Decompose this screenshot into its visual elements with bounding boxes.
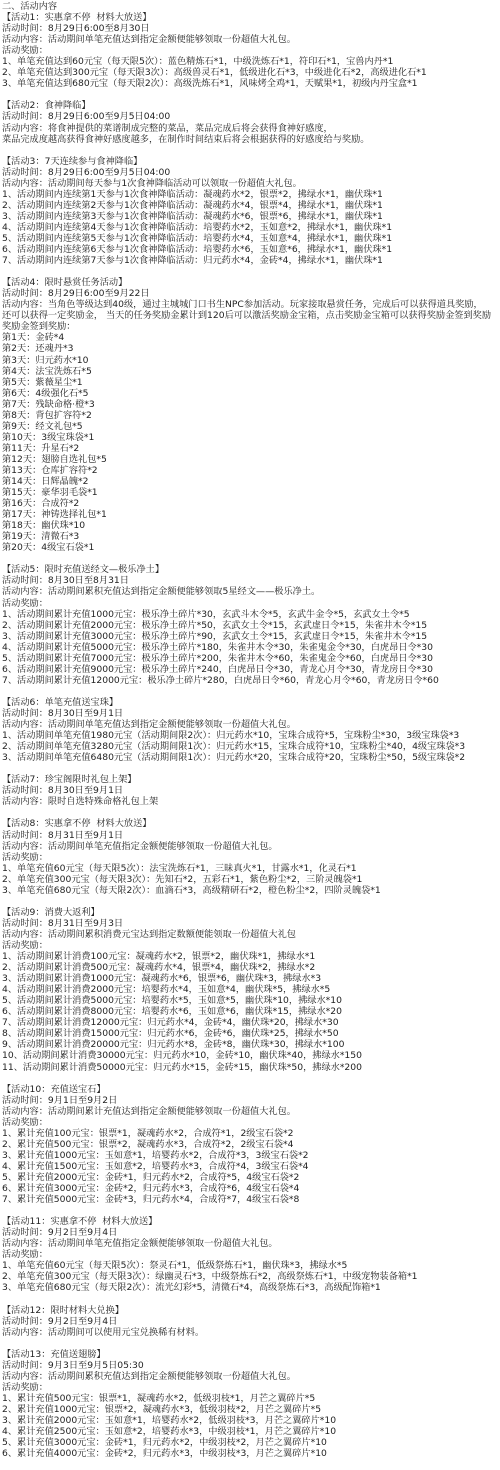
activity-line: 3、单笔充值680元宝（每天限2次）：流光幻彩*5，清微石*4，高级祭炼石*3，… (2, 1282, 500, 1293)
activity-section: 【活动5：限时充值送经文—极乐净土】活动时间：8月30日至8月31日活动内容：活… (2, 564, 500, 697)
activity-line: 1、单笔充值60元宝（每天限5次）：法宝洗炼石*1，三昧真火*1，甘露水*1，化… (2, 863, 500, 874)
activity-line: 第13天：仓库扩容符*2 (2, 465, 500, 476)
activity-line: 第19天：清微石*3 (2, 531, 500, 542)
activity-line: 第16天：合成符*2 (2, 498, 500, 509)
document-heading: 二、活动内容 (2, 1, 500, 12)
event-document: 二、活动内容 【活动1：实惠拿不停 材料大放送】活动时间：8月29日6:00至8… (0, 0, 500, 1459)
activity-line: 活动奖励： (2, 852, 500, 863)
activity-line: 1、单笔充值达到60元宝（每天限5次）：蓝色精炼石*1，中级洗炼石*1，符印石*… (2, 56, 500, 67)
activity-line: 活动时间：9月2日至9月4日 (2, 1227, 500, 1238)
activity-line: 活动内容：活动期间累积消费元宝达到指定数额便能领取一份超值大礼包 (2, 929, 500, 940)
activity-line: 第12天：翅膀自选礼包*5 (2, 454, 500, 465)
activity-title: 【活动13：充值送翅膀】 (2, 1349, 500, 1360)
activity-section: 【活动8：实惠拿不停 材料大放送】活动时间：8月31日至9月1日活动内容：活动期… (2, 818, 500, 906)
activity-section: 【活动11：实惠拿不停 材料大放送】活动时间：9月2日至9月4日活动内容：活动期… (2, 1216, 500, 1304)
activity-line: 4、活动期间内连续第4天参与1次食神降临活动：培婴药水*2，玉如意*2，拂绿水*… (2, 222, 500, 233)
activity-line: 1、活动期间单笔充值1980元宝（活动期间限2次）：归元药水*10，宝珠合成符*… (2, 730, 500, 741)
activity-line: 7、活动期间累计消费12000元宝：归元药水*4，金砖*4，幽伏珠*20，拂绿水… (2, 1017, 500, 1028)
section-spacer (2, 553, 500, 564)
activity-line: 11、活动期间累计消费50000元宝：归元药水*15，金砖*15，幽伏珠*50，… (2, 1062, 500, 1073)
activity-title: 【活动9：消费大返利】 (2, 907, 500, 918)
activity-title: 【活动10：充值送宝石】 (2, 1084, 500, 1095)
section-spacer (2, 145, 500, 156)
activity-line: 8、活动期间累计消费15000元宝：归元药水*6，金砖*6，幽伏珠*25，拂绿水… (2, 1028, 500, 1039)
activity-line: 活动内容：活动期间每天参与1次食神降临活动可以领取一份超值大礼包。 (2, 178, 500, 189)
activity-title: 【活动11：实惠拿不停 材料大放送】 (2, 1216, 500, 1227)
activity-line: 活动内容：活动期间单笔充值指定金额便能够领取一份超值大礼包。 (2, 1238, 500, 1249)
activity-line: 第4天：法宝洗炼石*5 (2, 366, 500, 377)
activity-line: 活动时间：9月3日至9月5日05:30 (2, 1360, 500, 1371)
activity-title: 【活动12：限时材料大兑换】 (2, 1305, 500, 1316)
activity-line: 2、累计充值500元宝：银票*2，凝魂药水*3，合成符*2，2级宝石袋*4 (2, 1139, 500, 1150)
activity-sections: 【活动1：实惠拿不停 材料大放送】活动时间：8月29日6:00至8月30日活动内… (2, 12, 500, 1459)
section-spacer (2, 1293, 500, 1304)
activity-line: 活动内容：活动期间累计充值达到指定金额便能够领取一份超值大礼包。 (2, 1106, 500, 1117)
activity-line: 第11天：升星石*2 (2, 443, 500, 454)
activity-line: 3、累计充值2000元宝：玉如意*1，培婴药水*2，低级羽枝*3，月芒之翼碎片*… (2, 1415, 500, 1426)
activity-line: 还可以获得一定奖励金， 当天的任务奖励金累计到120后可以激活奖励金宝箱，点击奖… (2, 310, 500, 321)
activity-line: 3、活动期间累计消费1000元宝：凝魂药水*6，银票*6，幽伏珠*3，拂绿水*3 (2, 973, 500, 984)
activity-section: 【活动7：珍宝阁限时礼包上架】活动时间：8月30日至9月1日活动内容：限时自选特… (2, 774, 500, 818)
activity-line: 2、累计充值1000元宝：银票*2，凝魂药水*3，低级羽枝*2，月芒之翼碎片*5 (2, 1404, 500, 1415)
activity-line: 活动内容：限时自选特殊命格礼包上架 (2, 796, 500, 807)
activity-line: 活动时间：8月29日6:00至9月5日04:00 (2, 167, 500, 178)
activity-line: 2、单笔充值300元宝（每天限3次）：绿幽灵石*3，中级祭炼石*2，高级祭炼石*… (2, 1271, 500, 1282)
activity-line: 2、活动期间累计消费500元宝：凝魂药水*4，银票*4，幽伏珠*2，拂绿水*2 (2, 962, 500, 973)
section-spacer (2, 807, 500, 818)
activity-line: 活动时间：8月29日6:00至9月5日04:00 (2, 111, 500, 122)
activity-line: 活动奖励： (2, 1249, 500, 1260)
activity-title: 【活动2：食神降临】 (2, 100, 500, 111)
activity-line: 第3天：归元药水*10 (2, 355, 500, 366)
activity-section: 【活动6：单笔充值送宝珠】活动时间：8月30日至9月1日活动内容：活动期间单笔充… (2, 697, 500, 774)
activity-line: 活动时间：9月2日至9月4日 (2, 1316, 500, 1327)
activity-line: 第14天：日辉晶魄*2 (2, 476, 500, 487)
activity-line: 1、累计充值500元宝：银票*1，凝魂药水*2，低级羽枝*1，月芒之翼碎片*5 (2, 1393, 500, 1404)
section-spacer (2, 89, 500, 100)
activity-line: 1、活动期间累计充值1000元宝：极乐净土碎片*30，玄武斗木令*5，玄武牛金令… (2, 609, 500, 620)
activity-line: 活动时间：8月31日至9月3日 (2, 918, 500, 929)
activity-section: 【活动12：限时材料大兑换】活动时间：9月2日至9月4日活动内容：活动期间可以使… (2, 1305, 500, 1349)
activity-line: 7、活动期间累计充值12000元宝：极乐净土碎片*280，白虎昂日令*60，青龙… (2, 675, 500, 686)
activity-title: 【活动7：珍宝阁限时礼包上架】 (2, 774, 500, 785)
section-spacer (2, 763, 500, 774)
activity-line: 活动内容：将食神提供的菜谱制成完整的菜品，菜品完成后将会获得食神好感度， (2, 123, 500, 134)
activity-line: 第8天：背包扩容符*2 (2, 410, 500, 421)
activity-line: 活动内容：活动期间单笔充值达到指定金额便能够领取一份超值大礼包。 (2, 34, 500, 45)
activity-line: 4、活动期间累计消费2000元宝：培婴药水*4，玉如意*4，幽伏珠*5，拂绿水*… (2, 984, 500, 995)
section-spacer (2, 266, 500, 277)
activity-line: 6、累计充值3000元宝：金砖*2，归元药水*3，合成符*6，4级宝石袋*4 (2, 1183, 500, 1194)
activity-line: 第7天：残缺命格·橙*3 (2, 399, 500, 410)
activity-line: 2、单笔充值300元宝（每天限3次）：先知石*2，五彩石*1，紫色粉尘*2，三阶… (2, 874, 500, 885)
activity-line: 3、单笔充值680元宝（每天限2次）：血滴石*3，高级精研石*2，橙色粉尘*2，… (2, 885, 500, 896)
activity-line: 第1天：金砖*4 (2, 332, 500, 343)
activity-line: 3、累计充值1000元宝：玉如意*1，培婴药水*2，合成符*3，3级宝石袋*2 (2, 1150, 500, 1161)
activity-line: 4、活动期间累计充值5000元宝：极乐净土碎片*180，朱雀井木令*30，朱雀鬼… (2, 642, 500, 653)
activity-line: 第6天：4级强化石*5 (2, 388, 500, 399)
activity-line: 活动时间：8月29日6:00至8月30日 (2, 23, 500, 34)
activity-line: 1、累计充值100元宝：银票*1，凝魂药水*2，合成符*1，2级宝石袋*2 (2, 1128, 500, 1139)
activity-line: 6、累计充值4000元宝：金砖*2，归元药水*3，中级羽枝*3，月芒之翼碎片*1… (2, 1448, 500, 1459)
activity-line: 2、活动期间单笔充值3280元宝（活动期间限1次）：归元药水*15，宝珠合成符*… (2, 741, 500, 752)
activity-line: 活动时间：8月31日至9月1日 (2, 830, 500, 841)
activity-line: 活动奖励： (2, 1117, 500, 1128)
activity-line: 6、活动期间累计消费8000元宝：培婴药水*6，玉如意*6，幽伏珠*15，拂绿水… (2, 1006, 500, 1017)
activity-line: 活动时间：8月30日至9月1日 (2, 708, 500, 719)
activity-title: 【活动3：7天连续参与食神降临】 (2, 156, 500, 167)
activity-line: 活动内容：当角色等级达到40级，通过主城城门口书生NPC参加活动。玩家接取悬赏任… (2, 299, 500, 310)
activity-line: 第17天：神铸选择礼包*1 (2, 509, 500, 520)
section-spacer (2, 1073, 500, 1084)
activity-section: 【活动10：充值送宝石】活动时间：9月1日至9月2日活动内容：活动期间累计充值达… (2, 1084, 500, 1217)
activity-line: 5、活动期间累计充值7000元宝：极乐净土碎片*200，朱雀井木令*60，朱雀鬼… (2, 653, 500, 664)
activity-line: 3、活动期间累计充值3000元宝：极乐净土碎片*90，玄武女土令*15，玄武虚日… (2, 631, 500, 642)
activity-line: 活动内容：活动期间累积充值达到指定金额便能够领取一份超值大礼包。 (2, 1371, 500, 1382)
activity-line: 5、活动期间累计消费5000元宝：培婴药水*5，玉如意*5，幽伏珠*10，拂绿水… (2, 995, 500, 1006)
activity-line: 10、活动期间累计消费30000元宝：归元药水*10，金砖*10，幽伏珠*40，… (2, 1050, 500, 1061)
section-spacer (2, 896, 500, 907)
activity-line: 第2天：还魂丹*3 (2, 343, 500, 354)
activity-section: 【活动9：消费大返利】活动时间：8月31日至9月3日活动内容：活动期间累积消费元… (2, 907, 500, 1084)
activity-line: 2、活动期间累计充值2000元宝：极乐净土碎片*50，玄武女土令*15，玄武虚日… (2, 620, 500, 631)
activity-line: 菜品完成度越高获得食神好感度越多，在制作时间结束后将会根据获得的好感度给与奖励。 (2, 134, 500, 145)
activity-line: 活动内容：活动期间单笔充值指定金额便能够领取一份超值大礼包。 (2, 841, 500, 852)
activity-line: 第5天：紫薇星尘*1 (2, 377, 500, 388)
activity-line: 1、单笔充值60元宝（每天限5次）：祭灵石*1，低级祭炼石*1，幽伏珠*3，拂绿… (2, 1260, 500, 1271)
activity-line: 活动时间：8月30日至8月31日 (2, 575, 500, 586)
activity-line: 第10天：3级宝珠袋*1 (2, 432, 500, 443)
activity-line: 4、累计充值2500元宝：玉如意*2，培婴药水*3，中级羽枝*1，月芒之翼碎片*… (2, 1426, 500, 1437)
activity-line: 活动奖励： (2, 598, 500, 609)
activity-section: 【活动2：食神降临】活动时间：8月29日6:00至9月5日04:00活动内容：将… (2, 100, 500, 155)
activity-line: 7、累计充值5000元宝：金砖*3，归元药水*4，合成符*7，4级宝石袋*8 (2, 1194, 500, 1205)
activity-line: 活动奖励： (2, 940, 500, 951)
section-spacer (2, 1338, 500, 1349)
activity-section: 【活动1：实惠拿不停 材料大放送】活动时间：8月29日6:00至8月30日活动内… (2, 12, 500, 100)
activity-line: 活动内容：活动期间单笔充值达到指定金额便能够领取一份超值大礼包。 (2, 719, 500, 730)
activity-line: 活动时间：8月30日至9月1日 (2, 785, 500, 796)
activity-line: 4、累计充值1500元宝：玉如意*2，培婴药水*3，合成符*4，3级宝石袋*4 (2, 1161, 500, 1172)
activity-line: 活动时间：8月29日6:00至9月22日 (2, 288, 500, 299)
activity-line: 奖励金签到奖励： (2, 321, 500, 332)
activity-line: 2、活动期间内连续第2天参与1次食神降临活动：凝魂药水*4，银票*4，拂绿水*1… (2, 200, 500, 211)
activity-line: 7、活动期间内连续第7天参与1次食神降临活动：归元药水*4，金砖*4，拂绿水*1… (2, 255, 500, 266)
activity-line: 9、活动期间累计消费20000元宝：归元药水*8，金砖*8，幽伏珠*30，拂绿水… (2, 1039, 500, 1050)
activity-line: 活动奖励： (2, 45, 500, 56)
activity-line: 3、活动期间内连续第3天参与1次食神降临活动：凝魂药水*6，银票*6，拂绿水*1… (2, 211, 500, 222)
activity-line: 活动奖励： (2, 1382, 500, 1393)
activity-section: 【活动3：7天连续参与食神降临】活动时间：8月29日6:00至9月5日04:00… (2, 156, 500, 278)
activity-line: 3、活动期间单笔充值6480元宝（活动期间限1次）：归元药水*20，宝珠合成符*… (2, 752, 500, 763)
section-spacer (2, 686, 500, 697)
activity-line: 第15天：豪华羽毛袋*1 (2, 487, 500, 498)
activity-line: 3、单笔充值达到680元宝（每天限2次）：高级洗炼石*1，风味烤全鸡*1，天赋果… (2, 78, 500, 89)
activity-line: 第20天：4级宝石袋*1 (2, 542, 500, 553)
activity-line: 6、活动期间内连续第6天参与1次食神降临活动：培婴药水*6，玉如意*6，拂绿水*… (2, 244, 500, 255)
activity-section: 【活动4：限时悬赏任务活动】活动时间：8月29日6:00至9月22日活动内容：当… (2, 277, 500, 564)
activity-title: 【活动5：限时充值送经文—极乐净土】 (2, 564, 500, 575)
activity-line: 活动时间：9月1日至9月2日 (2, 1095, 500, 1106)
activity-line: 2、单笔充值达到300元宝（每天限3次）：高级兽灵石*1，低级进化石*3，中级进… (2, 67, 500, 78)
activity-title: 【活动6：单笔充值送宝珠】 (2, 697, 500, 708)
activity-line: 5、累计充值2000元宝：金砖*1，归元药水*2，合成符*5，4级宝石袋*2 (2, 1172, 500, 1183)
activity-line: 活动内容：活动期间累积充值达到指定金额便能够领取5星经文——极乐净土。 (2, 586, 500, 597)
activity-section: 【活动13：充值送翅膀】活动时间：9月3日至9月5日05:30活动内容：活动期间… (2, 1349, 500, 1459)
activity-line: 活动内容：活动期间可以使用元宝兑换稀有材料。 (2, 1327, 500, 1338)
activity-line: 5、累计充值3000元宝：金砖*1，归元药水*2，中级羽枝*2，月芒之翼碎片*1… (2, 1437, 500, 1448)
activity-line: 1、活动期间累计消费100元宝：凝魂药水*2，银票*2，幽伏珠*1，拂绿水*1 (2, 951, 500, 962)
activity-line: 5、活动期间内连续第5天参与1次食神降临活动：培婴药水*4，玉如意*4，拂绿水*… (2, 233, 500, 244)
activity-line: 第9天：经文礼包*5 (2, 421, 500, 432)
activity-title: 【活动4：限时悬赏任务活动】 (2, 277, 500, 288)
activity-line: 第18天：幽伏珠*10 (2, 520, 500, 531)
section-spacer (2, 1205, 500, 1216)
activity-title: 【活动8：实惠拿不停 材料大放送】 (2, 818, 500, 829)
activity-title: 【活动1：实惠拿不停 材料大放送】 (2, 12, 500, 23)
activity-line: 6、活动期间累计充值9000元宝：极乐净土碎片*240，白虎昂日令*30，青龙心… (2, 664, 500, 675)
activity-line: 1、活动期间内连续第1天参与1次食神降临活动：凝魂药水*2，银票*2，拂绿水*1… (2, 189, 500, 200)
